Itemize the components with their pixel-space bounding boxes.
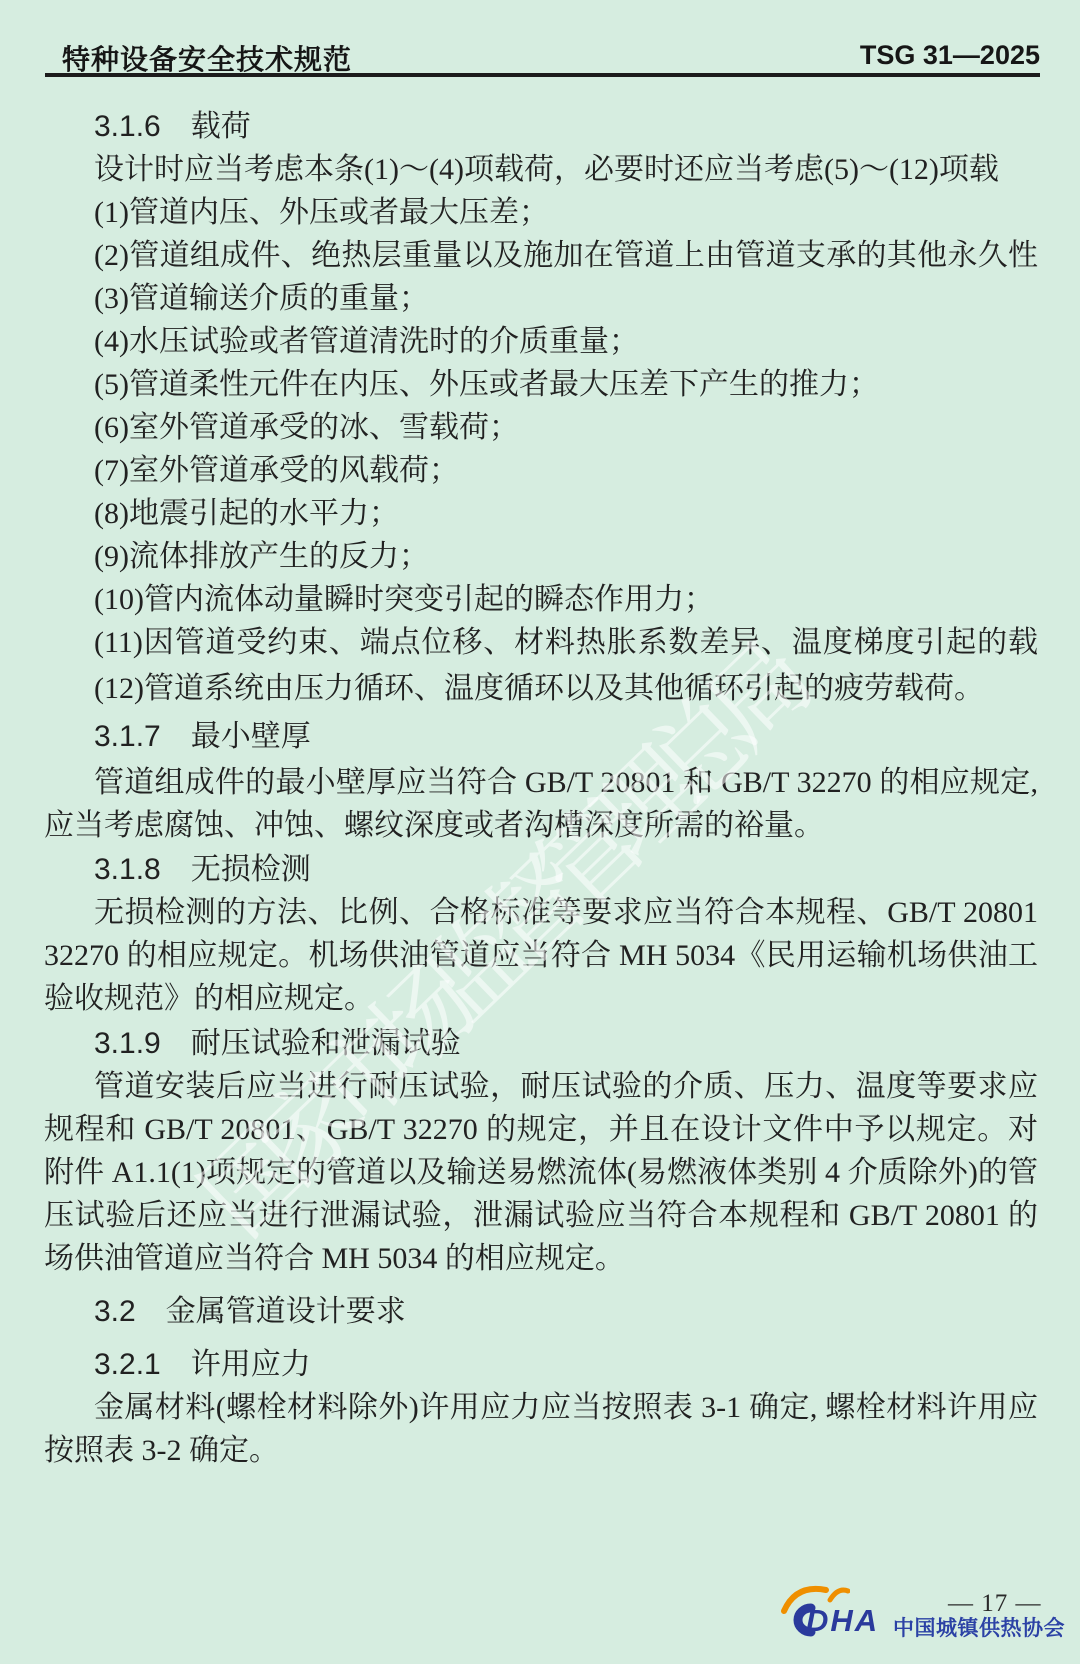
cdha-logo-acronym: DHA	[806, 1603, 879, 1639]
para-allowable-stress-l1: 金属材料(螺栓材料除外)许用应力应当按照表 3-1 确定, 螺栓材料许用应力应当	[44, 1386, 1038, 1429]
para-loads-intro: 设计时应当考虑本条(1)～(4)项载荷，必要时还应当考虑(5)～(12)项载荷：	[44, 148, 1038, 191]
list-item-9: (9)流体排放产生的反力；	[44, 535, 1038, 578]
list-item-6: (6)室外管道承受的冰、雪载荷；	[44, 406, 1038, 449]
list-item-4: (4)水压试验或者管道清洗时的介质重量；	[44, 320, 1038, 363]
para-ndt-l1: 无损检测的方法、比例、合格标准等要求应当符合本规程、GB/T 20801 和 G…	[44, 891, 1038, 934]
header-title: 特种设备安全技术规范	[62, 38, 352, 78]
para-min-thickness-l1: 管道组成件的最小壁厚应当符合 GB/T 20801 和 GB/T 32270 的…	[44, 761, 1038, 804]
para-pressure-test-l4: 压试验后还应当进行泄漏试验，泄漏试验应当符合本规程和 GB/T 20801 的规…	[44, 1194, 1038, 1237]
para-ndt-l2: 32270 的相应规定。机场供油管道应当符合 MH 5034《民用运输机场供油工…	[44, 934, 1038, 977]
para-pressure-test-l2: 规程和 GB/T 20801、GB/T 32270 的规定，并且在设计文件中予以…	[44, 1108, 1038, 1151]
list-item-10: (10)管内流体动量瞬时突变引起的瞬态作用力；	[44, 578, 1038, 621]
list-item-8: (8)地震引起的水平力；	[44, 492, 1038, 535]
cdha-logo-icon	[778, 1580, 850, 1640]
document-body: 3.1.6 载荷设计时应当考虑本条(1)～(4)项载荷，必要时还应当考虑(5)～…	[44, 105, 1038, 1472]
para-pressure-test-l5: 场供油管道应当符合 MH 5034 的相应规定。	[44, 1237, 1038, 1280]
heading-3-1-8: 3.1.8 无损检测	[44, 848, 1038, 891]
list-item-11: (11)因管道受约束、端点位移、材料热胀系数差异、温度梯度引起的载荷；	[44, 621, 1038, 664]
para-min-thickness-l2: 应当考虑腐蚀、冲蚀、螺纹深度或者沟槽深度所需的裕量。	[44, 804, 1038, 847]
para-pressure-test-l1: 管道安装后应当进行耐压试验，耐压试验的介质、压力、温度等要求应当符合本	[44, 1065, 1038, 1108]
page-number: — 17 —	[948, 1590, 1042, 1618]
association-name: 中国城镇供热协会	[893, 1612, 1065, 1642]
list-item-7: (7)室外管道承受的风载荷；	[44, 449, 1038, 492]
para-ndt-l3: 验收规范》的相应规定。	[44, 977, 1038, 1020]
header-doc-number: TSG 31—2025	[860, 40, 1040, 71]
list-item-1: (1)管道内压、外压或者最大压差；	[44, 191, 1038, 234]
header-rule	[45, 73, 1040, 77]
para-allowable-stress-l2: 按照表 3-2 确定。	[44, 1429, 1038, 1472]
heading-3-2: 3.2 金属管道设计要求	[44, 1290, 1038, 1333]
list-item-3: (3)管道输送介质的重量；	[44, 277, 1038, 320]
list-item-5: (5)管道柔性元件在内压、外压或者最大压差下产生的推力；	[44, 363, 1038, 406]
document-page: 特种设备安全技术规范 TSG 31—2025 3.1.6 载荷设计时应当考虑本条…	[0, 0, 1080, 1664]
list-item-2: (2)管道组成件、绝热层重量以及施加在管道上由管道支承的其他永久性载荷；	[44, 234, 1038, 277]
para-pressure-test-l3: 附件 A1.1(1)项规定的管道以及输送易燃流体(易燃液体类别 4 介质除外)的…	[44, 1151, 1038, 1194]
heading-3-1-9: 3.1.9 耐压试验和泄漏试验	[44, 1022, 1038, 1065]
heading-3-2-1: 3.2.1 许用应力	[44, 1343, 1038, 1386]
heading-3-1-6: 3.1.6 载荷	[44, 105, 1038, 148]
heading-3-1-7: 3.1.7 最小壁厚	[44, 715, 1038, 758]
list-item-12: (12)管道系统由压力循环、温度循环以及其他循环引起的疲劳载荷。	[44, 667, 1038, 710]
